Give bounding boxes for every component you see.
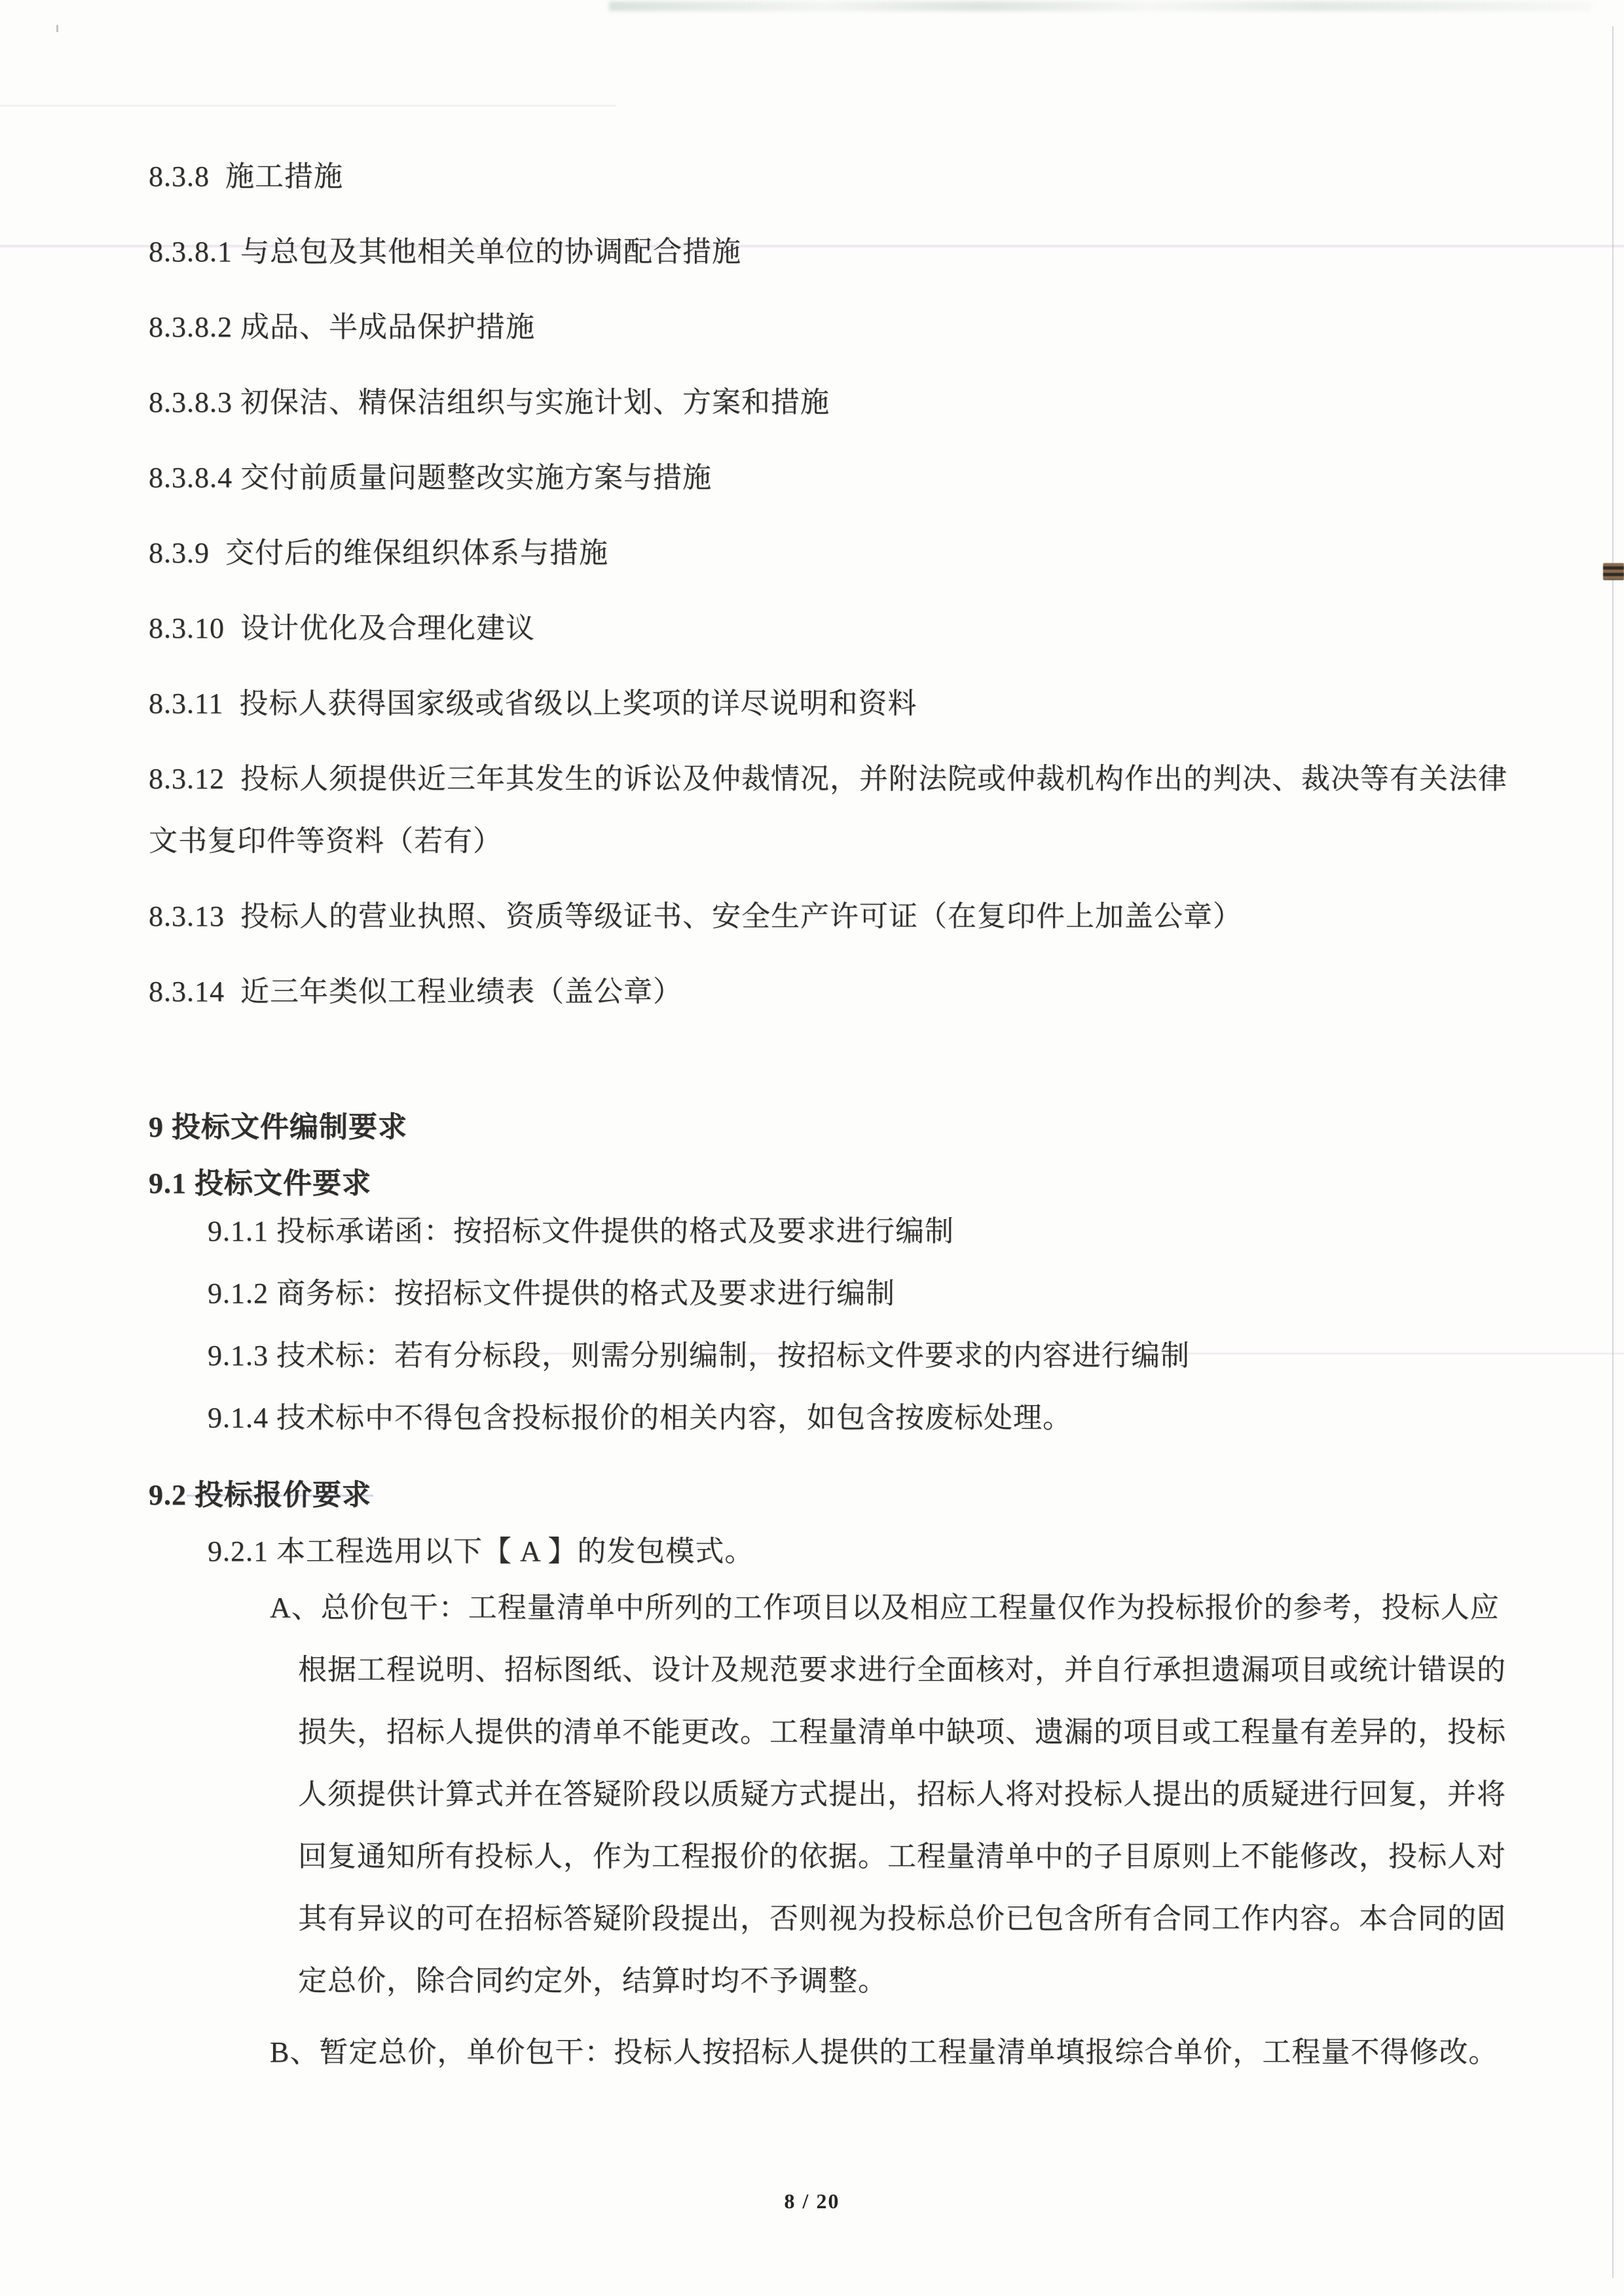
item-9-1-2: 9.1.2 商务标：按招标文件提供的格式及要求进行编制 [208,1262,1543,1324]
item-8-3-8-4: 8.3.8.4 交付前质量问题整改实施方案与措施 [149,446,1543,509]
item-8-3-8-3: 8.3.8.3 初保洁、精保洁组织与实施计划、方案和措施 [149,371,1543,433]
item-9-1-1: 9.1.1 投标承诺函：按招标文件提供的格式及要求进行编制 [208,1200,1543,1262]
scanned-document-page: 8.3.8 施工措施8.3.8.1 与总包及其他相关单位的协调配合措施8.3.8… [0,0,1624,2296]
item-8-3-12-l1: 8.3.12 投标人须提供近三年其发生的诉讼及仲裁情况，并附法院或仲裁机构作出的… [149,748,1543,810]
option-a-line-3: 损失，招标人提供的清单不能更改。工程量清单中缺项、遗漏的项目或工程量有差异的，投… [298,1701,1543,1763]
item-8-3-10: 8.3.10 设计优化及合理化建议 [149,597,1543,659]
item-9-2-1: 9.2.1 本工程选用以下【 A 】的发包模式。 [208,1520,1543,1582]
item-8-3-12-l2: 文书复印件等资料（若有） [149,810,1543,872]
option-a-line-6: 其有异议的可在招标答疑阶段提出，否则视为投标总价已包含所有合同工作内容。本合同的… [298,1887,1543,1950]
option-b-line: B、暂定总价，单价包干：投标人按招标人提供的工程量清单填报综合单价，工程量不得修… [270,2021,1543,2083]
item-8-3-8-2: 8.3.8.2 成品、半成品保护措施 [149,296,1543,358]
page-number: 8 / 20 [0,2185,1624,2217]
item-8-3-14: 8.3.14 近三年类似工程业绩表（盖公章） [149,960,1543,1023]
scan-line-right-edge [1612,26,1614,2278]
heading-9: 9 投标文件编制要求 [149,1096,1543,1158]
option-a-line-1: A、总价包干：工程量清单中所列的工作项目以及相应工程量仅作为投标报价的参考，投标… [270,1576,1543,1639]
heading-9-2: 9.2 投标报价要求 [149,1464,1543,1526]
scan-tick-left [56,25,58,32]
item-8-3-11: 8.3.11 投标人获得国家级或省级以上奖项的详尽说明和资料 [149,672,1543,735]
item-9-1-3: 9.1.3 技术标：若有分标段，则需分别编制，按招标文件要求的内容进行编制 [208,1324,1543,1387]
document-content: 8.3.8 施工措施8.3.8.1 与总包及其他相关单位的协调配合措施8.3.8… [149,0,1543,2083]
item-9-1-4: 9.1.4 技术标中不得包含投标报价的相关内容，如包含按废标处理。 [208,1387,1543,1449]
option-a-line-4: 人须提供计算式并在答疑阶段以质疑方式提出，招标人将对投标人提出的质疑进行回复，并… [298,1763,1543,1825]
item-8-3-9: 8.3.9 交付后的维保组织体系与措施 [149,522,1543,584]
item-8-3-8: 8.3.8 施工措施 [149,145,1543,208]
option-a-line-5: 回复通知所有投标人，作为工程报价的依据。工程量清单中的子目原则上不能修改，投标人… [298,1825,1543,1887]
item-8-3-13: 8.3.13 投标人的营业执照、资质等级证书、安全生产许可证（在复印件上加盖公章… [149,885,1543,947]
option-a-line-2: 根据工程说明、招标图纸、设计及规范要求进行全面核对，并自行承担遗漏项目或统计错误… [298,1639,1543,1701]
item-8-3-8-1: 8.3.8.1 与总包及其他相关单位的协调配合措施 [149,221,1543,283]
scan-mark-right-edge [1603,563,1624,580]
option-a-line-7: 定总价，除合同约定外，结算时均不予调整。 [298,1950,1543,2012]
